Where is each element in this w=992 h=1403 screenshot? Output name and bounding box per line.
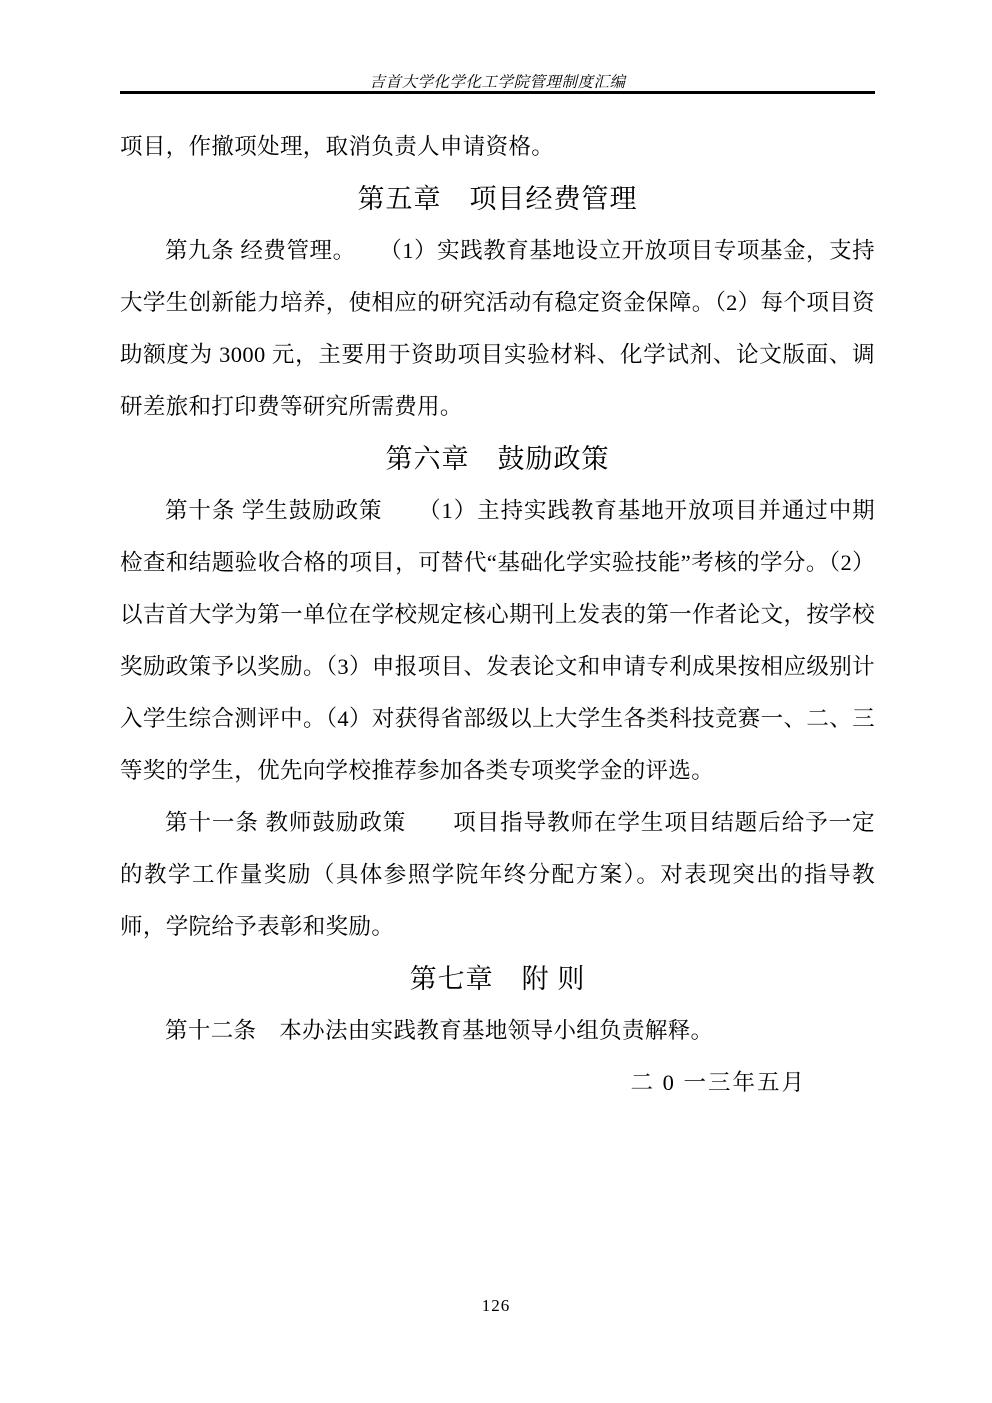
article-9-paragraph: 第九条 经费管理。 （1）实践教育基地设立开放项目专项基金，支持大学生创新能力培… — [120, 225, 875, 433]
continuation-paragraph: 项目，作撤项处理，取消负责人申请资格。 — [120, 121, 875, 173]
article-10-paragraph: 第十条 学生鼓励政策 （1）主持实践教育基地开放项目并通过中期检查和结题验收合格… — [120, 485, 875, 797]
page-number: 126 — [0, 1296, 992, 1316]
chapter-7-heading: 第七章 附 则 — [120, 953, 875, 1005]
running-header-title: 吉首大学化学化工学院管理制度汇编 — [120, 70, 875, 92]
document-page: 吉首大学化学化工学院管理制度汇编 项目，作撤项处理，取消负责人申请资格。 第五章… — [0, 0, 992, 1403]
document-body: 项目，作撤项处理，取消负责人申请资格。 第五章 项目经费管理 第九条 经费管理。… — [120, 121, 875, 1109]
header-rule-divider — [120, 91, 875, 94]
article-12-paragraph: 第十二条 本办法由实践教育基地领导小组负责解释。 — [120, 1005, 875, 1057]
chapter-5-heading: 第五章 项目经费管理 — [120, 173, 875, 225]
article-11-paragraph: 第十一条 教师鼓励政策 项目指导教师在学生项目结题后给予一定的教学工作量奖励（具… — [120, 797, 875, 953]
date-line: 二 0 一三年五月 — [120, 1057, 875, 1109]
chapter-6-heading: 第六章 鼓励政策 — [120, 433, 875, 485]
